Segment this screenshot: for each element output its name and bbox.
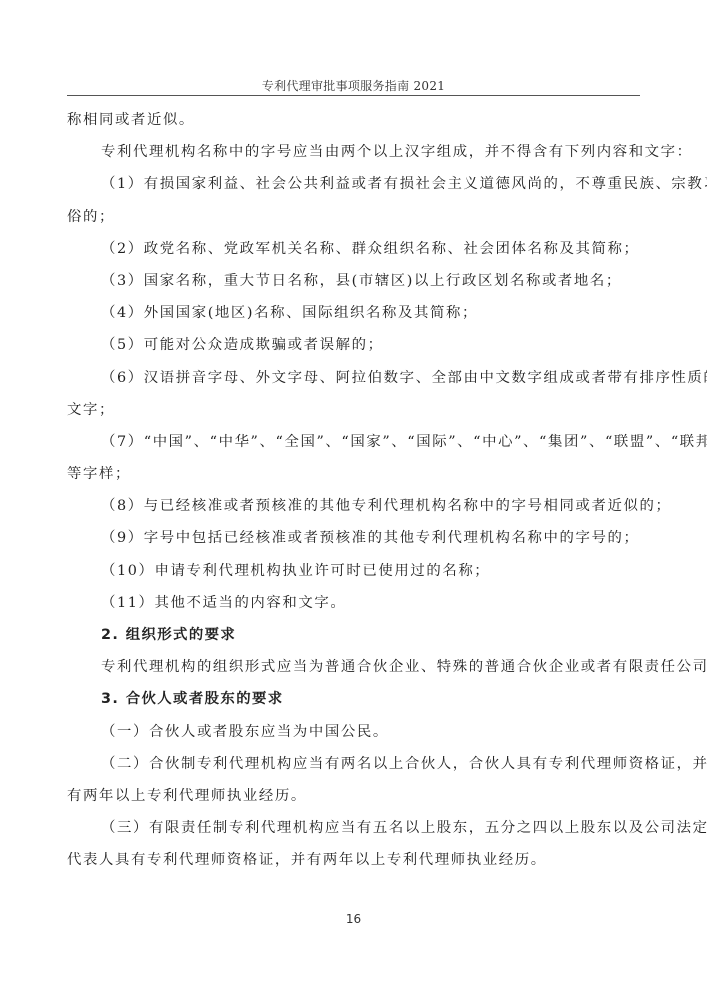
list-item: （三）有限责任制专利代理机构应当有五名以上股东，五分之四以上股东以及公司法定: [67, 812, 642, 844]
body-line: 代表人具有专利代理师资格证，并有两年以上专利代理师执业经历。: [67, 844, 642, 876]
list-item: （5）可能对公众造成欺骗或者误解的；: [67, 329, 642, 361]
page-number: 16: [0, 912, 707, 926]
document-page: 专利代理审批事项服务指南 2021 称相同或者近似。 专利代理机构名称中的字号应…: [0, 0, 707, 1000]
document-body: 称相同或者近似。 专利代理机构名称中的字号应当由两个以上汉字组成，并不得含有下列…: [67, 104, 642, 877]
section-heading-partners-shareholders: 3. 合伙人或者股东的要求: [67, 683, 642, 715]
list-item: （6）汉语拼音字母、外文字母、阿拉伯数字、全部由中文数字组成或者带有排序性质的: [67, 362, 642, 394]
body-line: 称相同或者近似。: [67, 104, 642, 136]
list-item: （2）政党名称、党政军机关名称、群众组织名称、社会团体名称及其简称；: [67, 233, 642, 265]
list-item: （11）其他不适当的内容和文字。: [67, 587, 642, 619]
list-item: （8）与已经核准或者预核准的其他专利代理机构名称中的字号相同或者近似的；: [67, 490, 642, 522]
list-item: （3）国家名称，重大节日名称，县(市辖区)以上行政区划名称或者地名；: [67, 265, 642, 297]
section-heading-organization-form: 2. 组织形式的要求: [67, 619, 642, 651]
body-line: 等字样；: [67, 458, 642, 490]
header-rule: [67, 95, 640, 96]
list-item: （1）有损国家利益、社会公共利益或者有损社会主义道德风尚的，不尊重民族、宗教习: [67, 168, 642, 200]
list-item: （二）合伙制专利代理机构应当有两名以上合伙人，合伙人具有专利代理师资格证，并: [67, 748, 642, 780]
list-item: （一）合伙人或者股东应当为中国公民。: [67, 716, 642, 748]
running-header: 专利代理审批事项服务指南 2021: [67, 77, 640, 94]
body-line: 有两年以上专利代理师执业经历。: [67, 780, 642, 812]
list-item: （7）“中国”、“中华”、“全国”、“国家”、“国际”、“中心”、“集团”、“联…: [67, 426, 642, 458]
body-line: 专利代理机构的组织形式应当为普通合伙企业、特殊的普通合伙企业或者有限责任公司。: [67, 651, 642, 683]
body-line: 专利代理机构名称中的字号应当由两个以上汉字组成，并不得含有下列内容和文字：: [67, 136, 642, 168]
list-item: （9）字号中包括已经核准或者预核准的其他专利代理机构名称中的字号的；: [67, 522, 642, 554]
list-item: （10）申请专利代理机构执业许可时已使用过的名称；: [67, 555, 642, 587]
list-item: （4）外国国家(地区)名称、国际组织名称及其简称；: [67, 297, 642, 329]
body-line: 俗的；: [67, 201, 642, 233]
body-line: 文字；: [67, 394, 642, 426]
